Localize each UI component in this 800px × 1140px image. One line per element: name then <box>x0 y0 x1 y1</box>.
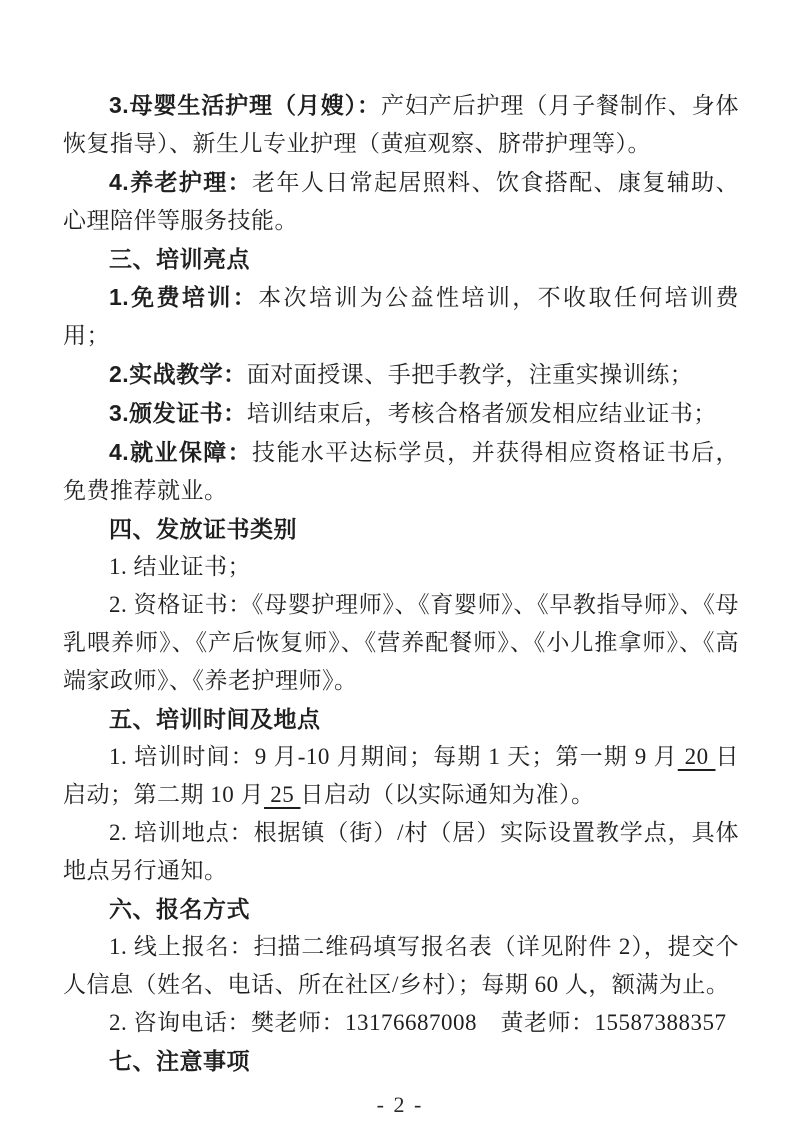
fill-in-date-blank: 20 <box>678 744 716 769</box>
page-number: - 2 - <box>0 1092 800 1118</box>
paragraph-item-3-muying: 3.母婴生活护理（月嫂）：产妇产后护理（月子餐制作、身体恢复指导）、新生儿专业护… <box>63 86 739 163</box>
paragraph-highlight-1: 1.免费培训：本次培训为公益性培训，不收取任何培训费用； <box>63 278 739 355</box>
paragraph-schedule: 1. 培训时间：9 月-10 月期间；每期 1 天；第一期 9 月 20 日启动… <box>63 738 739 814</box>
bold-run: 2.实战教学： <box>109 361 247 387</box>
bold-run: 1.免费培训： <box>109 284 258 310</box>
paragraph-contact-phones: 2. 咨询电话：樊老师：13176687008 黄老师：15587388357 <box>63 1004 739 1042</box>
section-heading-7: 七、注意事项 <box>63 1042 739 1080</box>
paragraph-signup-online: 1. 线上报名：扫描二维码填写报名表（详见附件 2），提交个人信息（姓名、电话、… <box>63 928 739 1004</box>
paragraph-item-4-yanglao: 4.养老护理：老年人日常起居照料、饮食搭配、康复辅助、心理陪伴等服务技能。 <box>63 163 739 240</box>
section-heading-5: 五、培训时间及地点 <box>63 700 739 738</box>
paragraph-location: 2. 培训地点：根据镇（街）/村（居）实际设置教学点，具体地点另行通知。 <box>63 814 739 890</box>
paragraph-highlight-3: 3.颁发证书：培训结束后，考核合格者颁发相应结业证书； <box>63 394 739 433</box>
section-heading-3: 三、培训亮点 <box>63 240 739 278</box>
bold-run: 4.就业保障： <box>109 439 252 465</box>
bold-run: 3.颁发证书： <box>109 400 247 426</box>
bold-run: 4.养老护理： <box>109 169 252 195</box>
text-run: 1. 培训时间：9 月-10 月期间；每期 1 天；第一期 9 月 <box>109 744 678 769</box>
paragraph-highlight-2: 2.实战教学：面对面授课、手把手教学，注重实操训练； <box>63 355 739 394</box>
text-run: 面对面授课、手把手教学，注重实操训练； <box>247 362 694 387</box>
section-heading-6: 六、报名方式 <box>63 890 739 928</box>
paragraph-cert-1: 1. 结业证书； <box>63 548 739 586</box>
fill-in-date-blank: 25 <box>264 782 301 807</box>
text-run: 日启动（以实际通知为准）。 <box>301 782 595 807</box>
document-body: 3.母婴生活护理（月嫂）：产妇产后护理（月子餐制作、身体恢复指导）、新生儿专业护… <box>63 86 739 1080</box>
section-heading-4: 四、发放证书类别 <box>63 510 739 548</box>
paragraph-highlight-4: 4.就业保障：技能水平达标学员，并获得相应资格证书后，免费推荐就业。 <box>63 433 739 510</box>
document-page: 3.母婴生活护理（月嫂）：产妇产后护理（月子餐制作、身体恢复指导）、新生儿专业护… <box>0 0 800 1140</box>
paragraph-cert-2: 2. 资格证书：《母婴护理师》、《育婴师》、《早教指导师》、《母乳喂养师》、《产… <box>63 586 739 700</box>
text-run: 培训结束后，考核合格者颁发相应结业证书； <box>247 401 717 426</box>
bold-run: 3.母婴生活护理（月嫂）： <box>109 92 381 118</box>
